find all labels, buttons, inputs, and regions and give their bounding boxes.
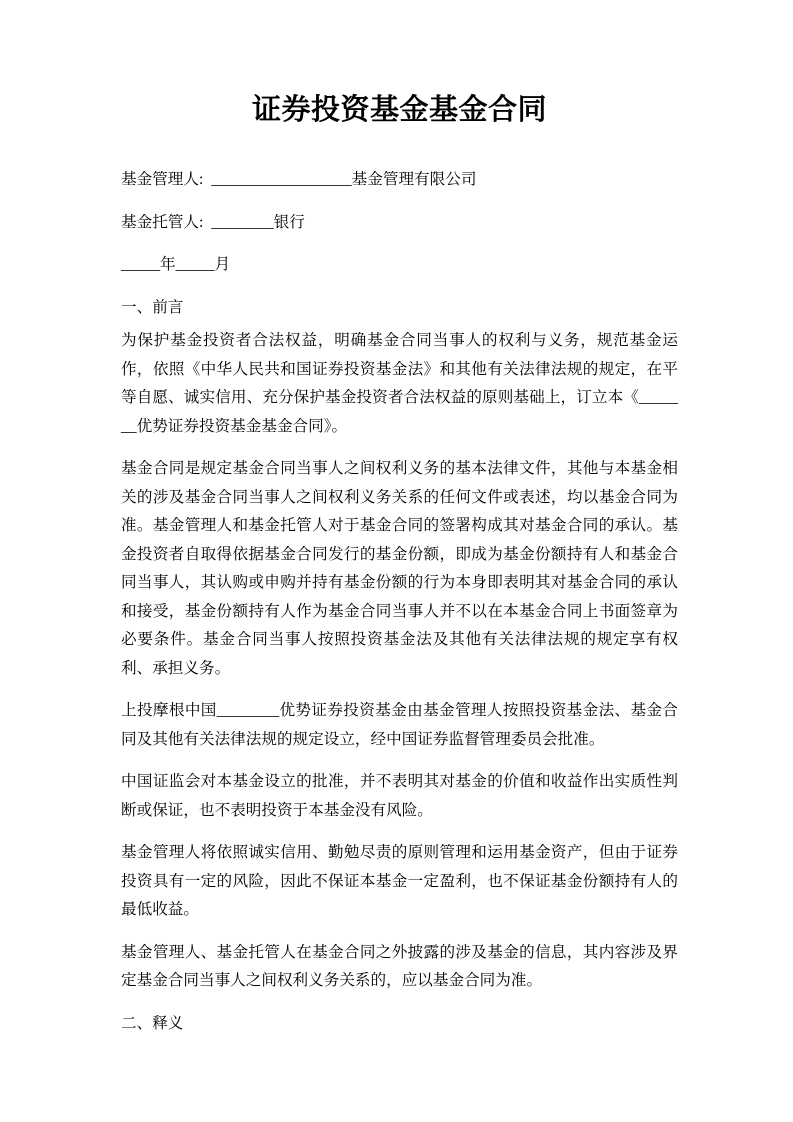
month-blank: _____ [176, 256, 215, 273]
fund-custodian-blank: ________ [211, 214, 273, 231]
preface-paragraph: 基金合同是规定基金合同当事人之间权利义务的基本法律文件，其他与本基金相关的涉及基… [121, 455, 678, 683]
year-blank: _____ [121, 256, 160, 273]
section-heading-definitions: 二、释义 [121, 1010, 678, 1039]
preface-paragraph: 基金管理人、基金托管人在基金合同之外披露的涉及基金的信息，其内容涉及界定基金合同… [121, 939, 678, 996]
preface-paragraph: 为保护基金投资者合法权益，明确基金合同当事人的权利与义务，规范基金运作，依照《中… [121, 327, 678, 441]
section-heading-preface: 一、前言 [121, 294, 678, 323]
date-line: _____年_____月 [121, 251, 678, 280]
preface-paragraph: 基金管理人将依照诚实信用、勤勉尽责的原则管理和运用基金资产，但由于证券投资具有一… [121, 839, 678, 925]
preface-paragraph: 中国证监会对本基金设立的批准，并不表明其对基金的价值和收益作出实质性判断或保证，… [121, 768, 678, 825]
fund-custodian-line: 基金托管人:________银行 [121, 209, 678, 238]
fund-custodian-suffix: 银行 [274, 214, 305, 231]
fund-manager-suffix: 基金管理有限公司 [352, 171, 477, 188]
month-label: 月 [215, 256, 231, 273]
year-label: 年 [160, 256, 176, 273]
fund-custodian-label: 基金托管人: [121, 214, 203, 231]
preface-paragraph: 上投摩根中国________优势证券投资基金由基金管理人按照投资基金法、基金合同… [121, 697, 678, 754]
document-content: 证券投资基金基金合同 基金管理人:__________________基金管理有… [0, 0, 793, 1038]
document-page: 证券投资基金基金合同 基金管理人:__________________基金管理有… [0, 0, 793, 1122]
document-title: 证券投资基金基金合同 [121, 88, 678, 132]
fund-manager-label: 基金管理人: [121, 171, 203, 188]
fund-manager-line: 基金管理人:__________________基金管理有限公司 [121, 166, 678, 195]
fund-manager-blank: __________________ [211, 171, 351, 188]
